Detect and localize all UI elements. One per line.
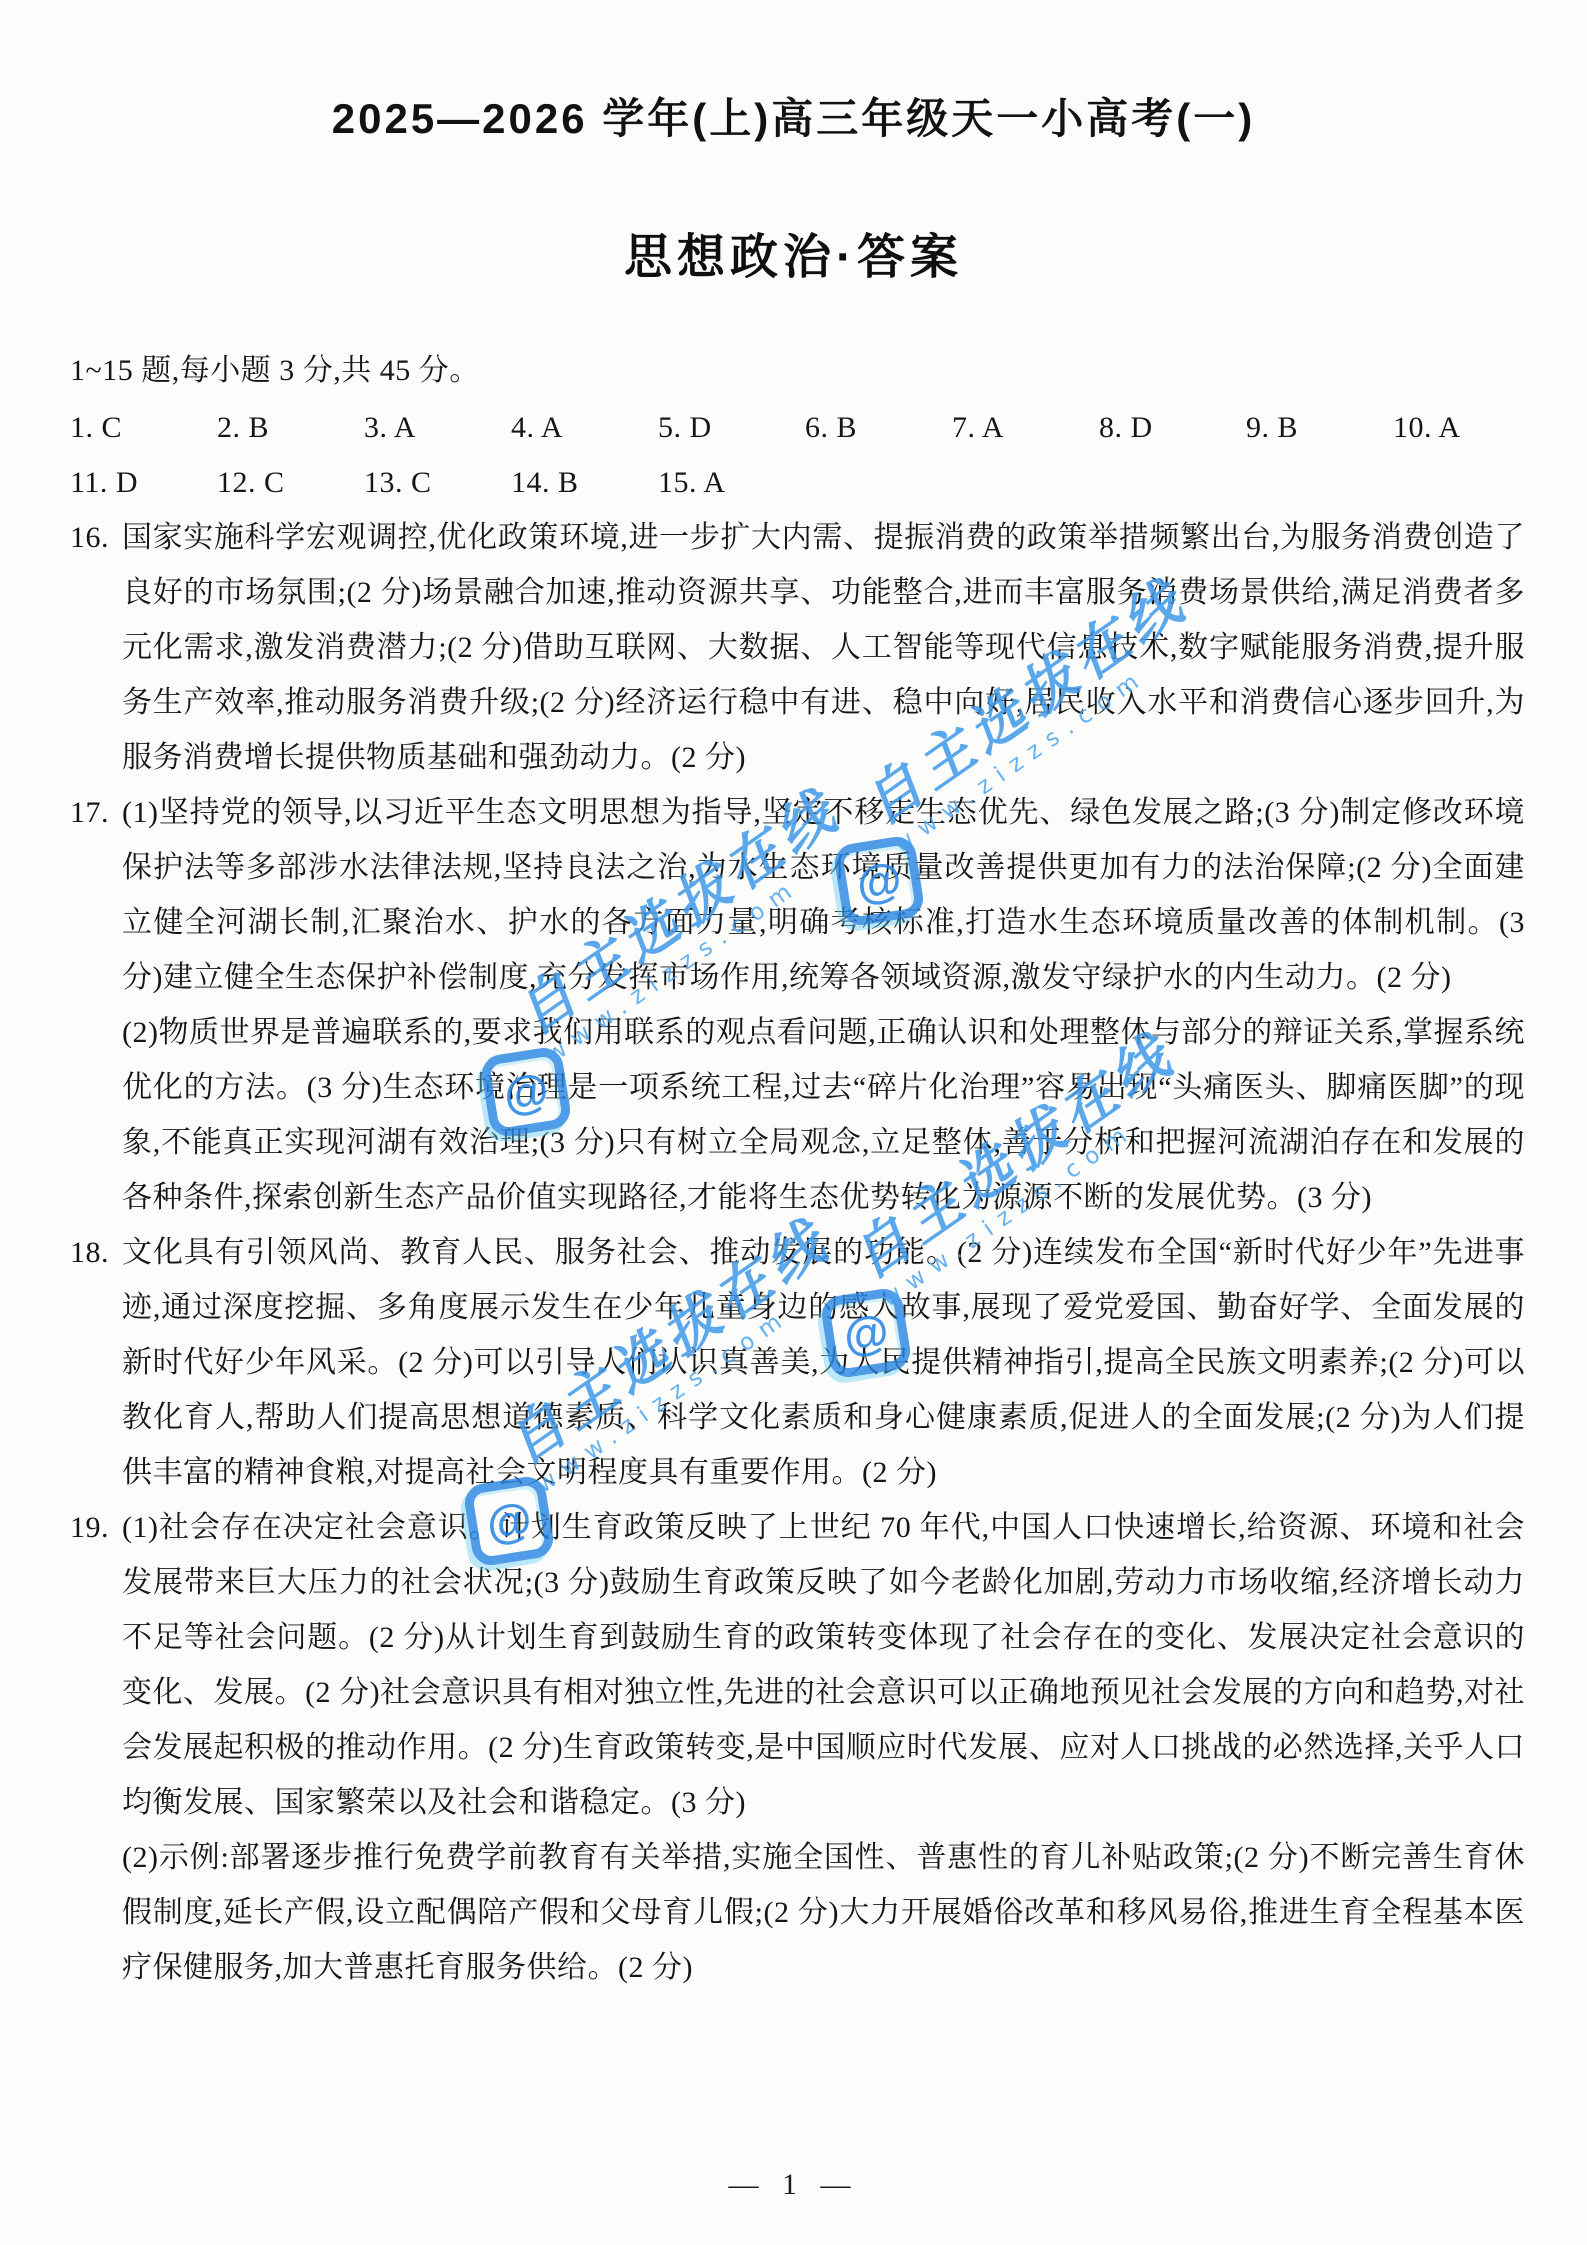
- answer-item: 3. A: [364, 400, 511, 455]
- question-number: 16.: [70, 510, 109, 565]
- question-17: 17. (1)坚持党的领导,以习近平生态文明思想为指导,坚定不移走生态优先、绿色…: [122, 785, 1525, 1225]
- question-paragraph: 国家实施科学宏观调控,优化政策环境,进一步扩大内需、提振消费的政策举措频繁出台,…: [122, 510, 1525, 785]
- answer-item: 14. B: [511, 455, 658, 510]
- answer-item: 7. A: [952, 400, 1099, 455]
- question-19: 19. (1)社会存在决定社会意识。计划生育政策反映了上世纪 70 年代,中国人…: [122, 1500, 1525, 1995]
- question-18: 18. 文化具有引领风尚、教育人民、服务社会、推动发展的功能。(2 分)连续发布…: [122, 1225, 1525, 1500]
- question-paragraph: 文化具有引领风尚、教育人民、服务社会、推动发展的功能。(2 分)连续发布全国“新…: [122, 1225, 1525, 1500]
- answer-item: 11. D: [70, 455, 217, 510]
- answer-row-2: 11. D 12. C 13. C 14. B 15. A: [70, 455, 1525, 510]
- answer-item: 5. D: [658, 400, 805, 455]
- question-number: 19.: [70, 1500, 109, 1555]
- question-paragraph: (2)物质世界是普遍联系的,要求我们用联系的观点看问题,正确认识和处理整体与部分…: [122, 1005, 1525, 1225]
- question-number: 17.: [70, 785, 109, 840]
- answer-item: 13. C: [364, 455, 511, 510]
- answer-item: 10. A: [1393, 400, 1540, 455]
- answer-sheet-page: 2025—2026 学年(上)高三年级天一小高考(一) 思想政治·答案 1~15…: [0, 0, 1587, 2245]
- question-list: 16. 国家实施科学宏观调控,优化政策环境,进一步扩大内需、提振消费的政策举措频…: [70, 510, 1525, 1995]
- answer-row-1: 1. C 2. B 3. A 4. A 5. D 6. B 7. A 8. D …: [70, 400, 1525, 455]
- exam-title: 2025—2026 学年(上)高三年级天一小高考(一): [0, 0, 1587, 146]
- answer-item: 12. C: [217, 455, 364, 510]
- answer-item: 8. D: [1099, 400, 1246, 455]
- page-number: — 1 —: [0, 2168, 1587, 2202]
- question-paragraph: (1)社会存在决定社会意识。计划生育政策反映了上世纪 70 年代,中国人口快速增…: [122, 1500, 1525, 1830]
- exam-subtitle: 思想政治·答案: [0, 218, 1587, 287]
- answer-item: 9. B: [1246, 400, 1393, 455]
- question-number: 18.: [70, 1225, 109, 1280]
- answer-item: 15. A: [658, 455, 805, 510]
- answer-item: 6. B: [805, 400, 952, 455]
- answers-content: 1~15 题,每小题 3 分,共 45 分。 1. C 2. B 3. A 4.…: [70, 343, 1525, 1995]
- question-paragraph: (2)示例:部署逐步推行免费学前教育有关举措,实施全国性、普惠性的育儿补贴政策;…: [122, 1830, 1525, 1995]
- question-paragraph: (1)坚持党的领导,以习近平生态文明思想为指导,坚定不移走生态优先、绿色发展之路…: [122, 785, 1525, 1005]
- answer-item: 1. C: [70, 400, 217, 455]
- question-16: 16. 国家实施科学宏观调控,优化政策环境,进一步扩大内需、提振消费的政策举措频…: [122, 510, 1525, 785]
- answer-item: 4. A: [511, 400, 658, 455]
- answer-item: 2. B: [217, 400, 364, 455]
- score-note: 1~15 题,每小题 3 分,共 45 分。: [70, 343, 1525, 398]
